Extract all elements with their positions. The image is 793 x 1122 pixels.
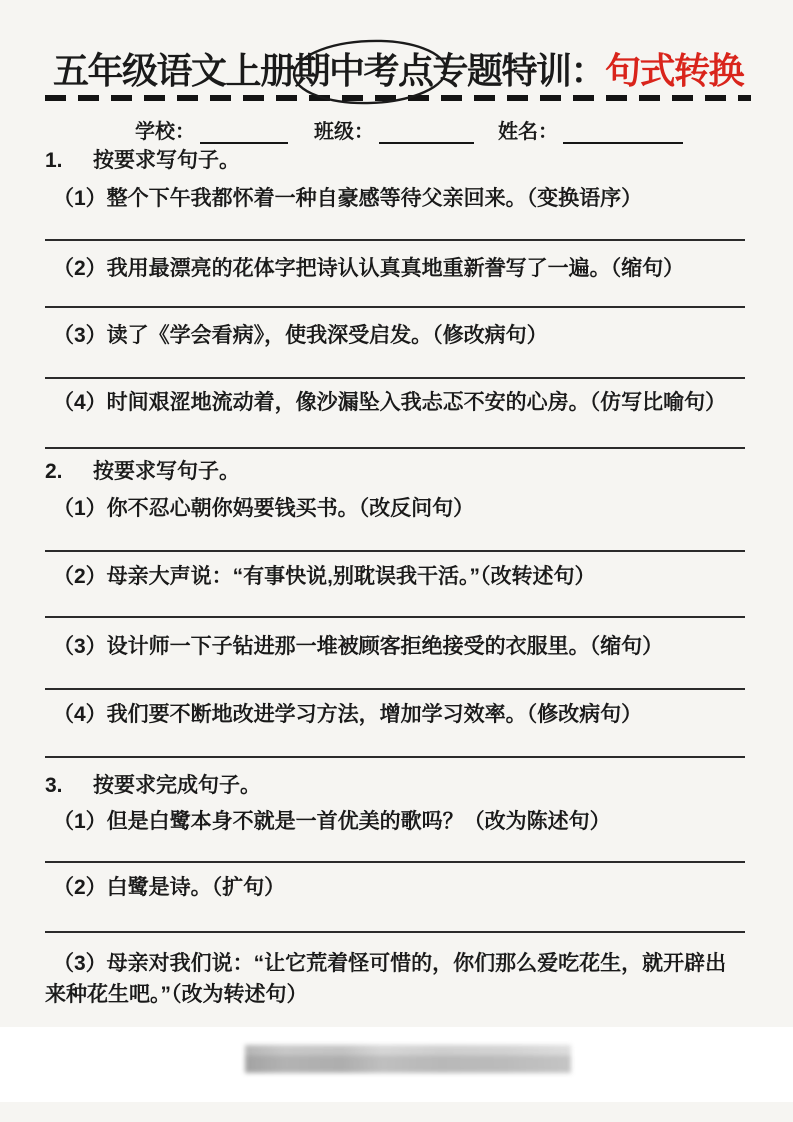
question-1-1: （1）整个下午我都怀着一种自豪感等待父亲回来。（变换语序） <box>45 187 745 211</box>
question-2-3: （3）设计师一下子钻进那一堆被顾客拒绝接受的衣服里。（缩句） <box>45 635 745 659</box>
section-2-number: 2. <box>45 460 93 484</box>
question-3-3: （3）母亲对我们说：“让它荒着怪可惜的，你们那么爱吃花生，就开辟出来种花生吧。”… <box>45 948 745 1010</box>
answer-line <box>45 756 745 758</box>
question-2-2: （2）母亲大声说：“有事快说,别耽误我干活。”（改转述句） <box>45 565 745 589</box>
answer-line <box>45 377 745 379</box>
school-label: 学校： <box>135 115 195 144</box>
question-3-2: （2）白鹭是诗。（扩句） <box>45 876 745 900</box>
section-1-heading: 1.按要求写句子。 <box>45 149 745 173</box>
section-3-number: 3. <box>45 774 93 798</box>
class-label: 班级： <box>314 115 374 144</box>
worksheet-page: 五年级语文上册期中考点专题特训：句式转换 学校： 班级： 姓名： 1.按要求写句… <box>0 0 793 1122</box>
section-2-heading: 2.按要求写句子。 <box>45 460 745 484</box>
section-3-heading: 3.按要求完成句子。 <box>45 774 745 798</box>
answer-line <box>45 616 745 618</box>
answer-line <box>45 550 745 552</box>
class-field: 班级： <box>314 115 474 144</box>
footer-strip <box>0 1027 793 1102</box>
question-2-4: （4）我们要不断地改进学习方法，增加学习效率。（修改病句） <box>45 703 745 727</box>
class-blank <box>379 119 474 144</box>
answer-line <box>45 931 745 933</box>
section-1-number: 1. <box>45 149 93 173</box>
title-main-text: 五年级语文上册期中考点专题特训： <box>53 50 605 91</box>
section-2-title: 按要求写句子。 <box>93 460 240 483</box>
question-1-4: （4）时间艰涩地流动着，像沙漏坠入我忐忑不安的心房。（仿写比喻句） <box>45 391 745 415</box>
question-1-2: （2）我用最漂亮的花体字把诗认认真真地重新誊写了一遍。（缩句） <box>45 257 745 281</box>
question-2-1: （1）你不忍心朝你妈要钱买书。（改反问句） <box>45 497 745 521</box>
page-title: 五年级语文上册期中考点专题特训：句式转换 <box>45 0 745 93</box>
dashed-divider <box>45 95 751 101</box>
name-blank <box>563 119 683 144</box>
watermark-blur <box>245 1045 571 1073</box>
answer-line <box>45 239 745 241</box>
student-info-row: 学校： 班级： 姓名： <box>45 118 745 144</box>
section-1-title: 按要求写句子。 <box>93 149 240 172</box>
title-topic-text: 句式转换 <box>605 50 743 91</box>
question-3-1: （1）但是白鹭本身不就是一首优美的歌吗？（改为陈述句） <box>45 810 745 834</box>
worksheet-content: 五年级语文上册期中考点专题特训：句式转换 学校： 班级： 姓名： 1.按要求写句… <box>0 0 793 1010</box>
answer-line <box>45 447 745 449</box>
name-label: 姓名： <box>498 115 558 144</box>
school-field: 学校： <box>135 115 288 144</box>
school-blank <box>200 119 288 144</box>
question-1-3: （3）读了《学会看病》，使我深受启发。（修改病句） <box>45 324 745 348</box>
answer-line <box>45 861 745 863</box>
answer-line <box>45 688 745 690</box>
section-3-title: 按要求完成句子。 <box>93 774 261 797</box>
name-field: 姓名： <box>498 115 683 144</box>
answer-line <box>45 306 745 308</box>
